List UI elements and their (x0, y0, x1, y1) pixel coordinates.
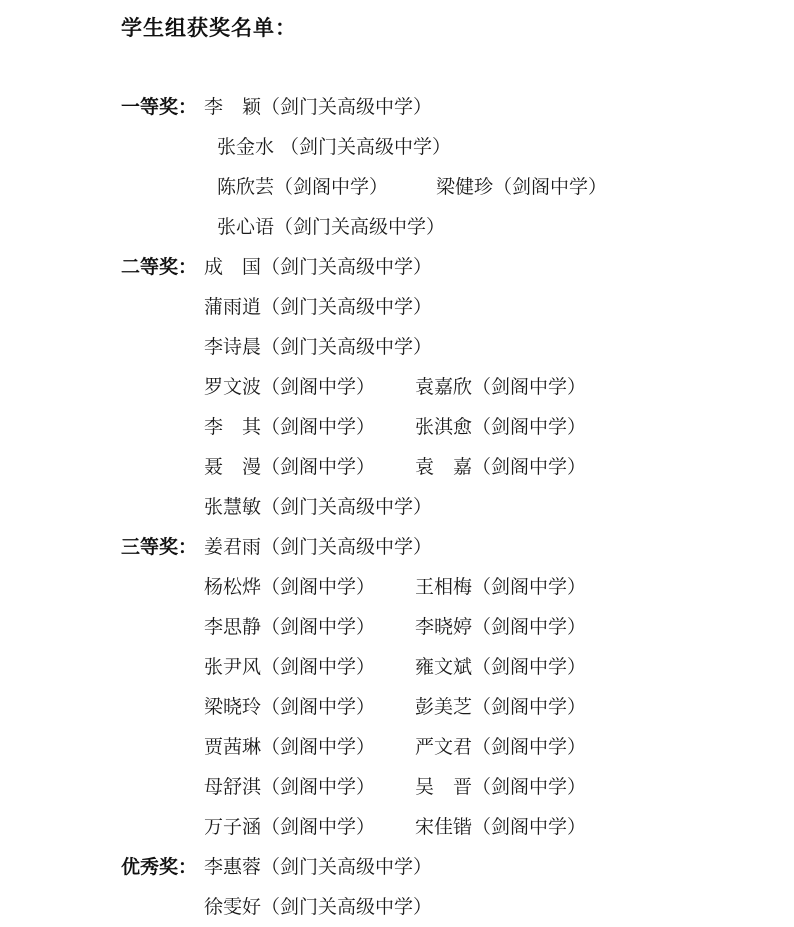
winner-entry: 李诗晨（剑门关高级中学） (204, 332, 432, 362)
award-row: 李 其（剑阁中学）张淇愈（剑阁中学） (0, 412, 794, 442)
award-row: 聂 漫（剑阁中学）袁 嘉（剑阁中学） (0, 452, 794, 482)
winner-entry: 严文君（剑阁中学） (415, 732, 586, 762)
winner-entry: 徐雯好（剑门关高级中学） (204, 892, 432, 922)
award-row: 杨松烨（剑阁中学）王相梅（剑阁中学） (0, 572, 794, 602)
award-row: 一等奖：李 颖（剑门关高级中学） (0, 92, 794, 122)
winner-entry: 李惠蓉（剑门关高级中学） (204, 852, 432, 882)
award-row: 三等奖：姜君雨（剑门关高级中学） (0, 532, 794, 562)
winner-entry: 李 颖（剑门关高级中学） (204, 92, 432, 122)
winner-entry: 贾茜琳（剑阁中学） (204, 732, 375, 762)
winner-entry: 罗文波（剑阁中学） (204, 372, 375, 402)
winner-entry: 陈欣芸（剑阁中学） (217, 172, 388, 202)
award-row: 二等奖：成 国（剑门关高级中学） (0, 252, 794, 282)
winner-entry: 梁晓玲（剑阁中学） (204, 692, 375, 722)
award-level-label: 一等奖： (121, 92, 197, 122)
award-row: 贾茜琳（剑阁中学）严文君（剑阁中学） (0, 732, 794, 762)
winner-entry: 姜君雨（剑门关高级中学） (204, 532, 432, 562)
award-row: 万子涵（剑阁中学）宋佳锴（剑阁中学） (0, 812, 794, 842)
winner-entry: 袁 嘉（剑阁中学） (415, 452, 586, 482)
award-row: 蒲雨逍（剑门关高级中学） (0, 292, 794, 322)
winner-entry: 蒲雨逍（剑门关高级中学） (204, 292, 432, 322)
award-level-label: 二等奖： (121, 252, 197, 282)
award-row: 罗文波（剑阁中学）袁嘉欣（剑阁中学） (0, 372, 794, 402)
winner-entry: 张尹风（剑阁中学） (204, 652, 375, 682)
award-row: 李思静（剑阁中学）李晓婷（剑阁中学） (0, 612, 794, 642)
award-row: 母舒淇（剑阁中学）吴 晋（剑阁中学） (0, 772, 794, 802)
winner-entry: 李晓婷（剑阁中学） (415, 612, 586, 642)
winner-entry: 聂 漫（剑阁中学） (204, 452, 375, 482)
award-row: 徐雯好（剑门关高级中学） (0, 892, 794, 922)
winner-entry: 吴 晋（剑阁中学） (415, 772, 586, 802)
award-row: 张慧敏（剑门关高级中学） (0, 492, 794, 522)
winner-entry: 雍文斌（剑阁中学） (415, 652, 586, 682)
winner-entry: 杨松烨（剑阁中学） (204, 572, 375, 602)
winner-entry: 张心语（剑门关高级中学） (217, 212, 445, 242)
award-row: 张心语（剑门关高级中学） (0, 212, 794, 242)
winner-entry: 成 国（剑门关高级中学） (204, 252, 432, 282)
award-level-label: 优秀奖： (121, 852, 197, 882)
winner-entry: 母舒淇（剑阁中学） (204, 772, 375, 802)
winner-entry: 李思静（剑阁中学） (204, 612, 375, 642)
award-row: 优秀奖：李惠蓉（剑门关高级中学） (0, 852, 794, 882)
winner-entry: 袁嘉欣（剑阁中学） (415, 372, 586, 402)
winner-entry: 王相梅（剑阁中学） (415, 572, 586, 602)
winner-entry: 梁健珍（剑阁中学） (436, 172, 607, 202)
winner-entry: 李 其（剑阁中学） (204, 412, 375, 442)
award-row: 张尹风（剑阁中学）雍文斌（剑阁中学） (0, 652, 794, 682)
winner-entry: 张慧敏（剑门关高级中学） (204, 492, 432, 522)
award-row: 李诗晨（剑门关高级中学） (0, 332, 794, 362)
award-level-label: 三等奖： (121, 532, 197, 562)
page-title: 学生组获奖名单： (121, 12, 297, 42)
winner-entry: 张淇愈（剑阁中学） (415, 412, 586, 442)
winner-entry: 张金水 （剑门关高级中学） (217, 132, 451, 162)
winner-entry: 万子涵（剑阁中学） (204, 812, 375, 842)
winner-entry: 彭美芝（剑阁中学） (415, 692, 586, 722)
award-row: 梁晓玲（剑阁中学）彭美芝（剑阁中学） (0, 692, 794, 722)
winner-entry: 宋佳锴（剑阁中学） (415, 812, 586, 842)
award-row: 陈欣芸（剑阁中学）梁健珍（剑阁中学） (0, 172, 794, 202)
award-row: 张金水 （剑门关高级中学） (0, 132, 794, 162)
